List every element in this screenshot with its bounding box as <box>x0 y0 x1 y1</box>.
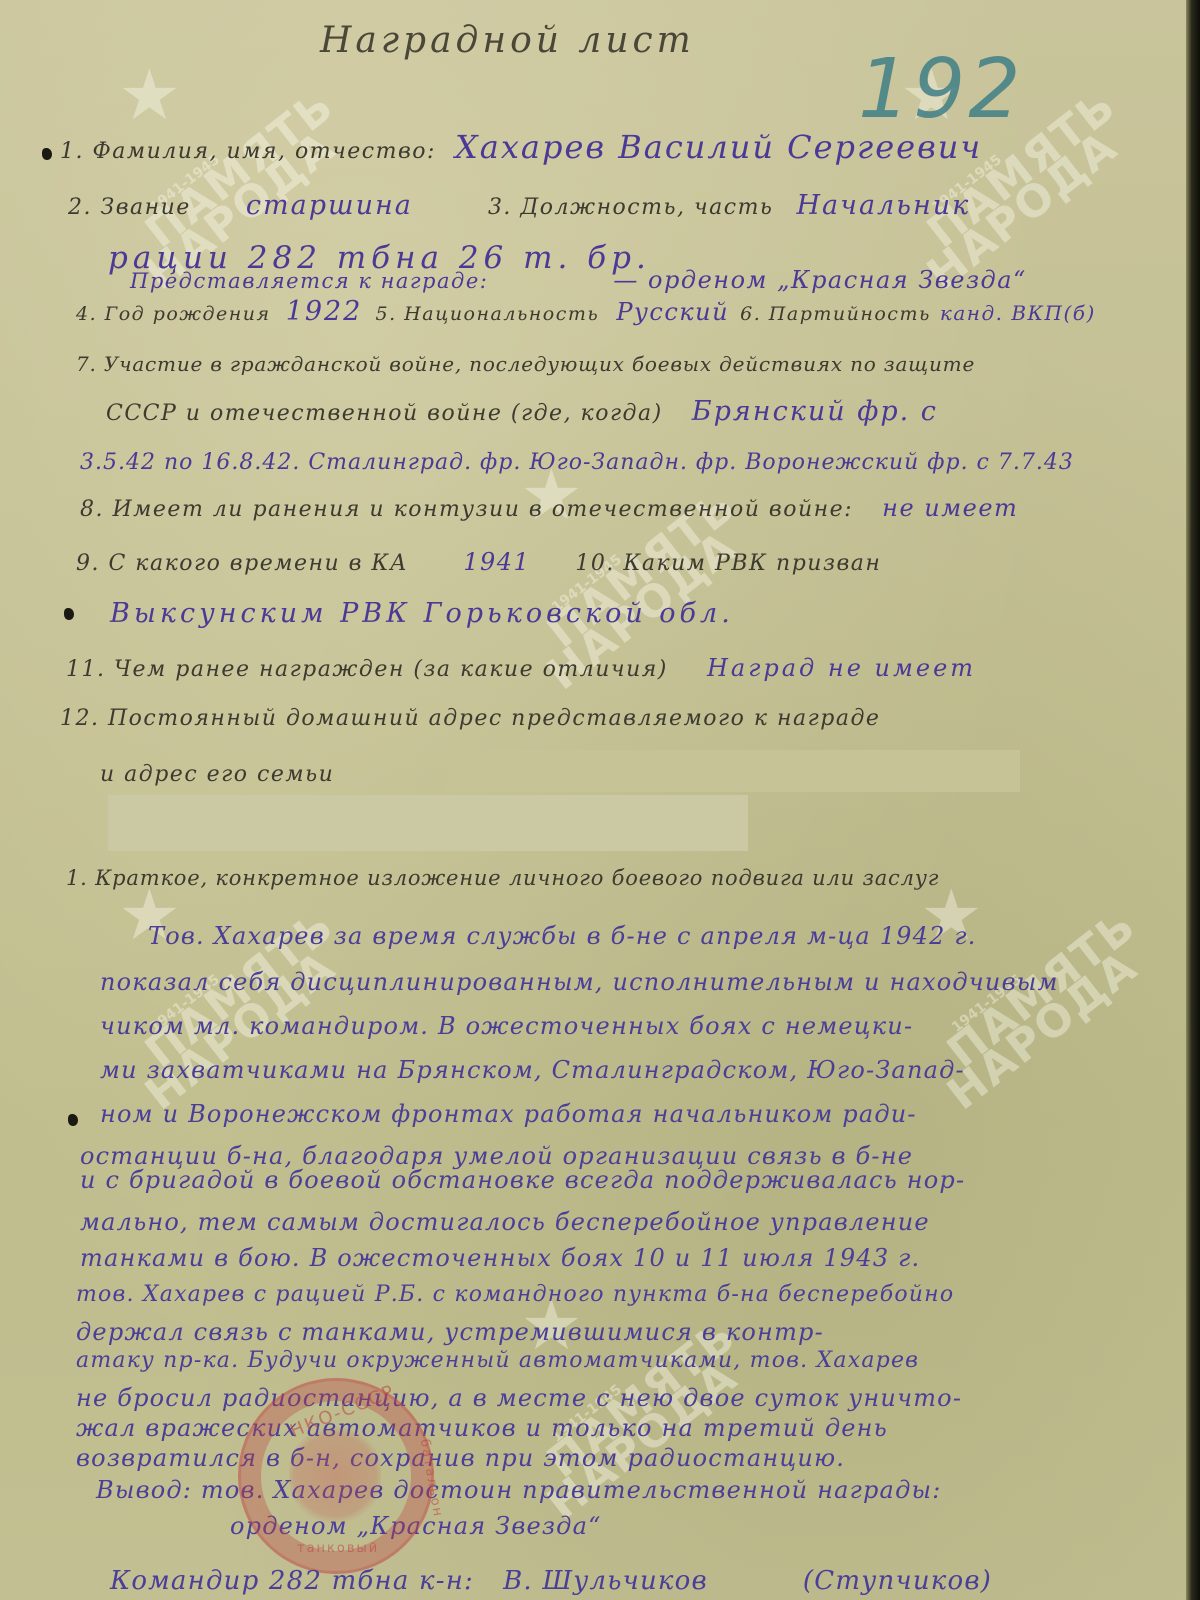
field-full-name: 1. Фамилия, имя, отчество: Хахарев Васил… <box>60 128 982 166</box>
signature: В. Шульчиков <box>503 1566 708 1596</box>
field-nomination: Представляется к награде: — орденом „Кра… <box>130 266 1027 294</box>
feat-line: чиком мл. командиром. В ожесточенных боя… <box>100 1012 913 1040</box>
section-feat-label: 1. Краткое, конкретное изложение личного… <box>66 866 939 890</box>
feat-conclusion: Вывод: тов. Хахарев достоин правительств… <box>96 1476 942 1504</box>
feat-line: тов. Хахарев с рацией Р.Б. с командного … <box>76 1282 954 1307</box>
feat-line: держал связь с танками, устремившимися в… <box>76 1318 824 1346</box>
feat-line: мально, тем самым достигалось бесперебой… <box>80 1208 930 1236</box>
feat-line: танками в бою. В ожесточенных боях 10 и … <box>80 1244 920 1272</box>
redacted-address <box>108 795 748 851</box>
feat-line: и с бригадой в боевой обстановке всегда … <box>80 1166 965 1194</box>
field-home-address: 12. Постоянный домашний адрес представля… <box>60 706 880 731</box>
feat-line: Тов. Хахарев за время службы в б-не с ап… <box>148 922 977 950</box>
field-war-participation: 7. Участие в гражданской войне, последую… <box>76 352 975 376</box>
feat-line: ми захватчиками на Брянском, Сталинградс… <box>100 1056 965 1084</box>
signature-block: Командир 282 тбна к-н: В. Шульчиков (Сту… <box>110 1566 992 1596</box>
punch-hole <box>68 1114 78 1126</box>
field-service-since: 9. С какого времени в КА 1941 10. Каким … <box>76 548 881 576</box>
punch-hole <box>42 148 52 160</box>
field-family-address: и адрес его семьи <box>100 762 334 787</box>
feat-line: не бросил радиостанцию, а в месте с нею … <box>76 1384 962 1412</box>
coat-of-arms-icon <box>289 1425 381 1525</box>
field-birth-nationality-party: 4. Год рождения 1922 5. Национальность Р… <box>76 296 1096 327</box>
field-wounds: 8. Имеет ли ранения и контузии в отечест… <box>80 494 1018 522</box>
field-war-fronts: 3.5.42 по 16.8.42. Сталинград. фр. Юго-З… <box>80 450 1074 475</box>
field-war-participation-cont: СССР и отечественной войне (где, когда) … <box>106 396 938 427</box>
feat-line: атаку пр-ка. Будучи окруженный автоматчи… <box>76 1348 919 1373</box>
watermark: ★ 1941-1945 ПАМЯТЬ НАРОДА <box>920 880 1156 1052</box>
feat-line: ном и Воронежском фронтах работая началь… <box>100 1100 917 1128</box>
document-title: Наградной лист <box>320 20 695 61</box>
punch-hole <box>64 608 74 620</box>
field-previous-awards: 11. Чем ранее награжден (за какие отличи… <box>66 654 976 682</box>
feat-line: возвратился в б-н, сохранив при этом рад… <box>76 1444 845 1472</box>
feat-line: жал вражеских автоматчиков и только на т… <box>76 1414 888 1442</box>
field-draft-office: Выксунским РВК Горьковской обл. <box>110 598 734 629</box>
document-sheet: ★ 1941-1945 ПАМЯТЬ НАРОДА ★ 1941-1945 ПА… <box>0 0 1186 1600</box>
registry-number: 192 <box>858 42 1024 137</box>
field-rank-position: 2. Звание старшина 3. Должность, часть Н… <box>68 190 970 221</box>
star-icon: ★ <box>118 60 354 130</box>
redacted-address <box>446 750 1020 792</box>
official-stamp: НКО-СССР батальон танковый <box>238 1378 434 1574</box>
feat-line: показал себя дисциплинированным, исполни… <box>100 968 1059 996</box>
scan-edge <box>1186 0 1200 1600</box>
